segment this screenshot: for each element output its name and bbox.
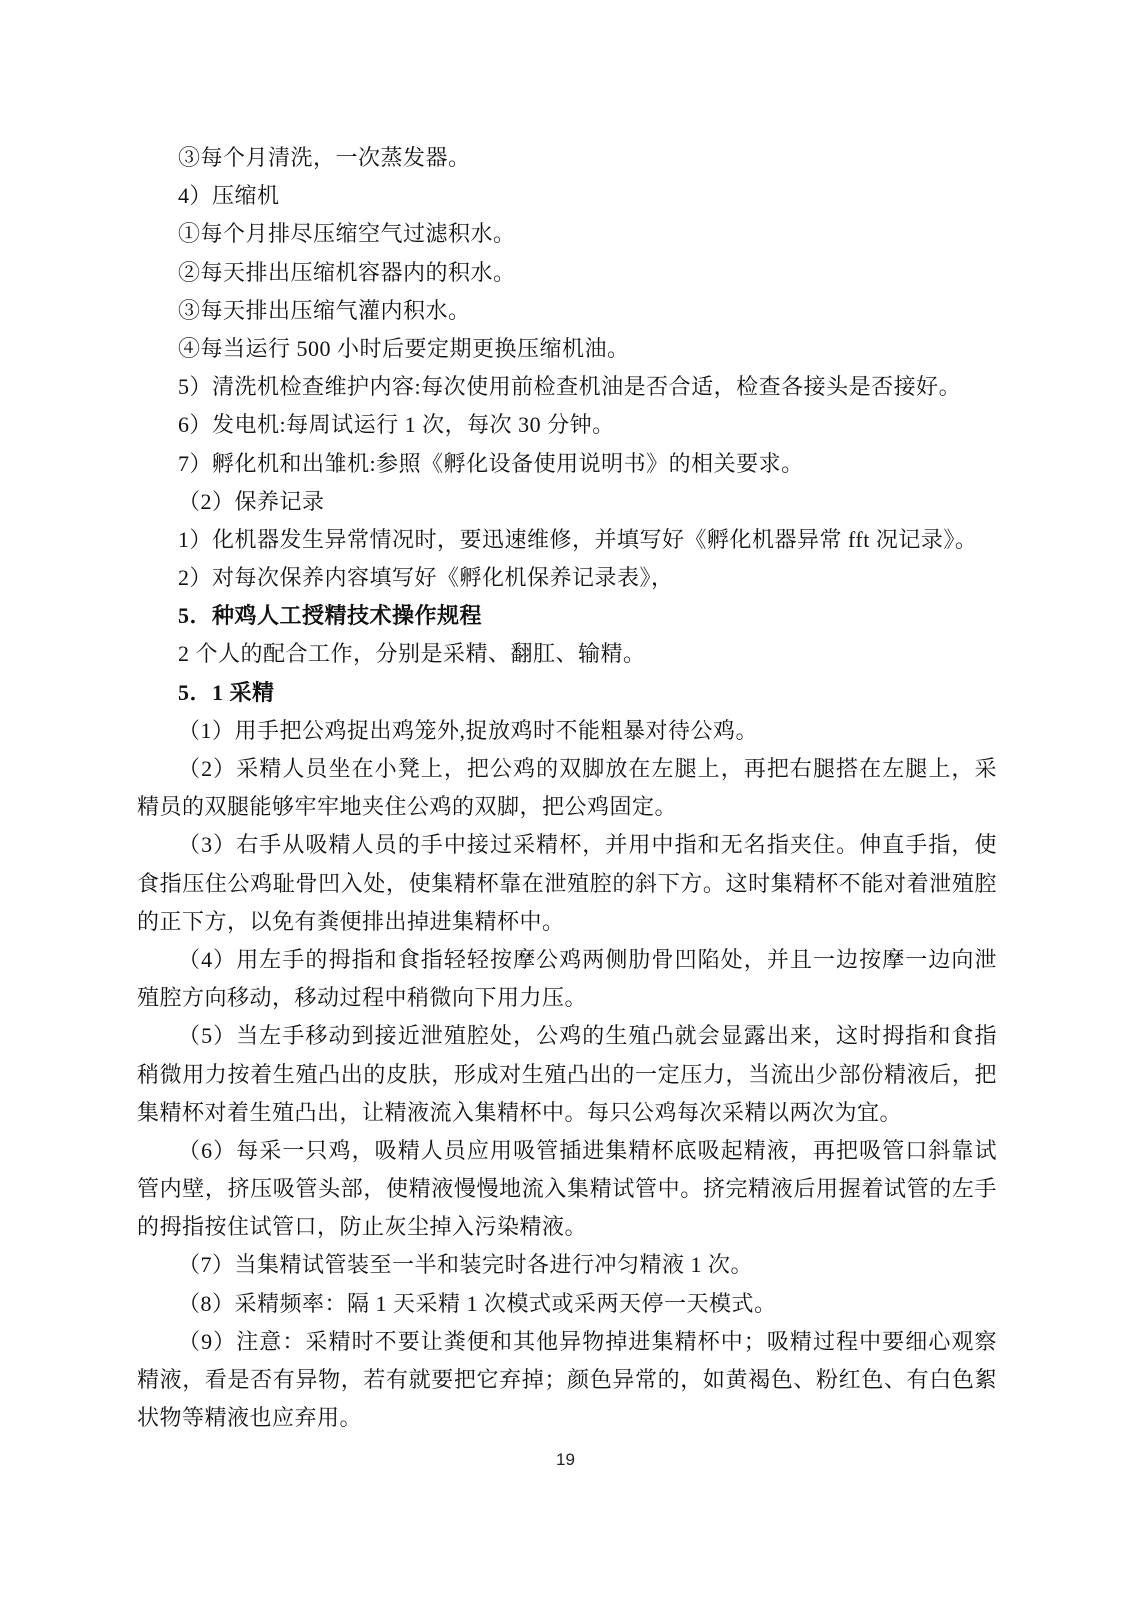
text-line: 6）发电机:每周试运行 1 次，每次 30 分钟。	[137, 406, 997, 444]
text-line: 的拇指按住试管口，防止灰尘掉入污染精液。	[137, 1208, 997, 1246]
text-line: （1）用手把公鸡捉出鸡笼外,捉放鸡时不能粗暴对待公鸡。	[137, 712, 997, 750]
text-line: 1）化机器发生异常情况时，要迅速维修，并填写好《孵化机器异常 fft 况记录》。	[137, 521, 997, 559]
text-line: 7）孵化机和出雏机:参照《孵化设备使用说明书》的相关要求。	[137, 445, 997, 483]
subsection-heading: 5．1 采精	[137, 674, 997, 712]
text-line: （3）右手从吸精人员的手中接过采精杯，并用中指和无名指夹住。伸直手指，使	[137, 826, 997, 864]
text-line: 管内壁，挤压吸管头部，使精液慢慢地流入集精试管中。挤完精液后用握着试管的左手	[137, 1170, 997, 1208]
text-line: （6）每采一只鸡，吸精人员应用吸管插进集精杯底吸起精液，再把吸管口斜靠试	[137, 1132, 997, 1170]
section-heading: 5．种鸡人工授精技术操作规程	[137, 597, 997, 635]
text-line: 5）清洗机检查维护内容:每次使用前检查机油是否合适，检查各接头是否接好。	[137, 368, 997, 406]
text-line: 状物等精液也应弃用。	[137, 1399, 997, 1437]
text-line: （8）采精频率：隔 1 天采精 1 次模式或采两天停一天模式。	[137, 1285, 997, 1323]
text-line: 集精杯对着生殖凸出，让精液流入集精杯中。每只公鸡每次采精以两次为宜。	[137, 1094, 997, 1132]
document-page: ③每个月清洗，一次蒸发器。 4）压缩机 ①每个月排尽压缩空气过滤积水。 ②每天排…	[0, 0, 1131, 1600]
text-line: 精员的双腿能够牢牢地夹住公鸡的双脚，把公鸡固定。	[137, 788, 997, 826]
text-line: ①每个月排尽压缩空气过滤积水。	[137, 215, 997, 253]
text-line: 稍微用力按着生殖凸出的皮肤，形成对生殖凸出的一定压力，当流出少部份精液后，把	[137, 1056, 997, 1094]
text-line: ③每个月清洗，一次蒸发器。	[137, 139, 997, 177]
text-line: 2）对每次保养内容填写好《孵化机保养记录表》，	[137, 559, 997, 597]
text-line: 4）压缩机	[137, 177, 997, 215]
text-line: （2）采精人员坐在小凳上，把公鸡的双脚放在左腿上，再把右腿搭在左腿上，采	[137, 750, 997, 788]
page-number: 19	[0, 1450, 1131, 1470]
text-line: 的正下方，以免有粪便排出掉进集精杯中。	[137, 903, 997, 941]
text-line: （4）用左手的拇指和食指轻轻按摩公鸡两侧肋骨凹陷处，并且一边按摩一边向泄	[137, 941, 997, 979]
text-line: ②每天排出压缩机容器内的积水。	[137, 254, 997, 292]
text-line: （7）当集精试管装至一半和装完时各进行冲匀精液 1 次。	[137, 1246, 997, 1284]
text-line: ③每天排出压缩气灌内积水。	[137, 292, 997, 330]
text-line: 食指压住公鸡耻骨凹入处，使集精杯靠在泄殖腔的斜下方。这时集精杯不能对着泄殖腔	[137, 865, 997, 903]
text-line: 殖腔方向移动，移动过程中稍微向下用力压。	[137, 979, 997, 1017]
text-line: 2 个人的配合工作，分别是采精、翻肛、输精。	[137, 635, 997, 673]
text-line: （2）保养记录	[137, 483, 997, 521]
text-line: ④每当运行 500 小时后要定期更换压缩机油。	[137, 330, 997, 368]
text-line: 精液，看是否有异物，若有就要把它弃掉；颜色异常的，如黄褐色、粉红色、有白色絮	[137, 1361, 997, 1399]
page-body: ③每个月清洗，一次蒸发器。 4）压缩机 ①每个月排尽压缩空气过滤积水。 ②每天排…	[137, 139, 997, 1437]
text-line: （5）当左手移动到接近泄殖腔处，公鸡的生殖凸就会显露出来，这时拇指和食指	[137, 1017, 997, 1055]
text-line: （9）注意：采精时不要让粪便和其他异物掉进集精杯中；吸精过程中要细心观察	[137, 1323, 997, 1361]
